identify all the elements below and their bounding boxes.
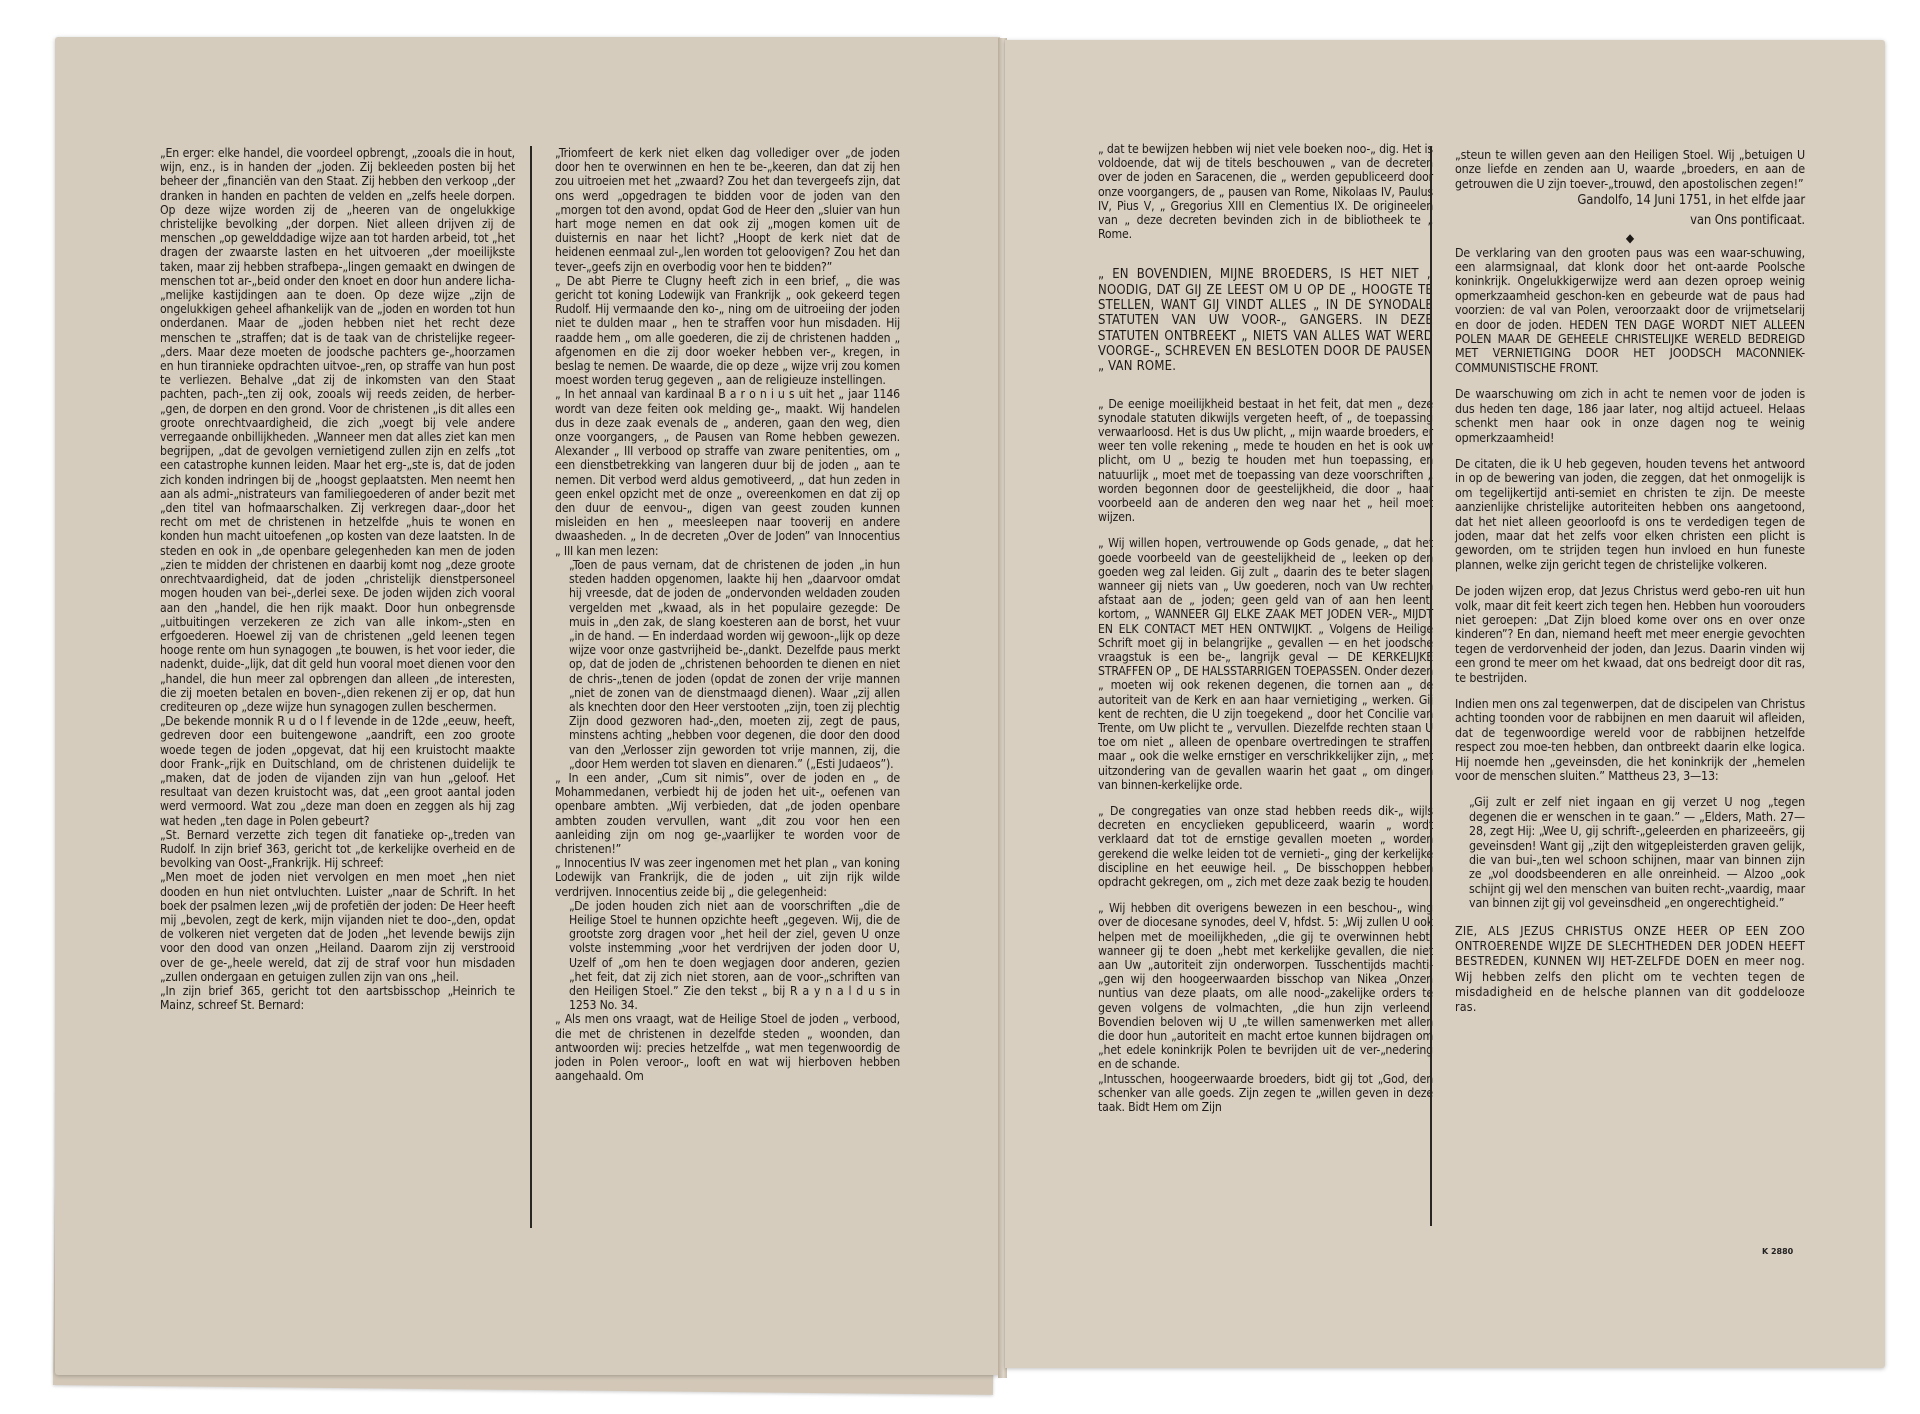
quote-paragraph: „De joden houden zich niet aan de voorsc… — [555, 899, 900, 1013]
paragraph: „ Innocentius IV was zeer ingenomen met … — [555, 856, 900, 899]
paragraph: „ In het annaal van kardinaal B a r o n … — [555, 387, 900, 557]
paragraph: „Intusschen, hoogeerwaarde broeders, bid… — [1098, 1072, 1433, 1115]
closing-quote: „steun te willen geven aan den Heiligen … — [1455, 148, 1805, 191]
paragraph: „St. Bernard verzette zich tegen dit fan… — [160, 828, 515, 871]
paragraph: De citaten, die ik U heb gegeven, houden… — [1455, 457, 1805, 572]
paragraph: „ De congregaties van onze stad hebben r… — [1098, 804, 1433, 889]
paragraph: „ dat te bewijzen hebben wij niet vele b… — [1098, 142, 1433, 241]
right-page-column-1: „ dat te bewijzen hebben wij niet vele b… — [1098, 142, 1433, 1114]
paragraph: „ Als men ons vraagt, wat de Heilige Sto… — [555, 1012, 900, 1083]
paragraph: „En erger: elke handel, die voordeel opb… — [160, 146, 515, 714]
paragraph: „Men moet de joden niet vervolgen en men… — [160, 870, 515, 984]
paragraph: „In zijn brief 365, gericht tot den aart… — [160, 984, 515, 1012]
quote-paragraph: „Toen de paus vernam, dat de christenen … — [555, 558, 900, 771]
printer-code: K 2880 — [1762, 1247, 1793, 1256]
paragraph: De waarschuwing om zich in acht te nemen… — [1455, 387, 1805, 445]
right-page-column-2: „steun te willen geven aan den Heiligen … — [1455, 148, 1805, 1014]
paragraph: De joden wijzen erop, dat Jezus Christus… — [1455, 584, 1805, 685]
left-page-column-2: „Triomfeert de kerk niet elken dag volle… — [555, 146, 900, 1083]
signature-line-2: van Ons pontificaat. — [1455, 211, 1805, 231]
left-page-column-1: „En erger: elke handel, die voordeel opb… — [160, 146, 515, 1012]
paragraph: „ Wij hebben dit overigens bewezen in ee… — [1098, 901, 1433, 1071]
paragraph: „ In een ander, „Cum sit nimis”, over de… — [555, 771, 900, 856]
signature-line-1: Gandolfo, 14 Juni 1751, in het elfde jaa… — [1455, 191, 1805, 211]
scripture-quote: „Gij zult er zelf niet ingaan en gij ver… — [1455, 795, 1805, 910]
paragraph: „ Wij willen hopen, vertrouwende op Gods… — [1098, 536, 1433, 792]
paragraph: „ De eenige moeilijkheid bestaat in het … — [1098, 397, 1433, 525]
paragraph: „ De abt Pierre te Clugny heeft zich in … — [555, 274, 900, 388]
paragraph: „Triomfeert de kerk niet elken dag volle… — [555, 146, 900, 274]
column-rule — [1430, 146, 1432, 1226]
paragraph: De verklaring van den grooten paus was e… — [1455, 246, 1805, 376]
emphasis-paragraph: „ EN BOVENDIEN, MIJNE BROEDERS, IS HET N… — [1098, 267, 1433, 374]
paragraph: Indien men ons zal tegenwerpen, dat de d… — [1455, 697, 1805, 783]
final-paragraph: ZIE, ALS JEZUS CHRISTUS ONZE HEER OP EEN… — [1455, 923, 1805, 1015]
column-rule — [530, 146, 532, 1228]
diamond-separator-icon: ◆ — [1455, 231, 1805, 245]
paragraph: „De bekende monnik R u d o l f levende i… — [160, 714, 515, 828]
